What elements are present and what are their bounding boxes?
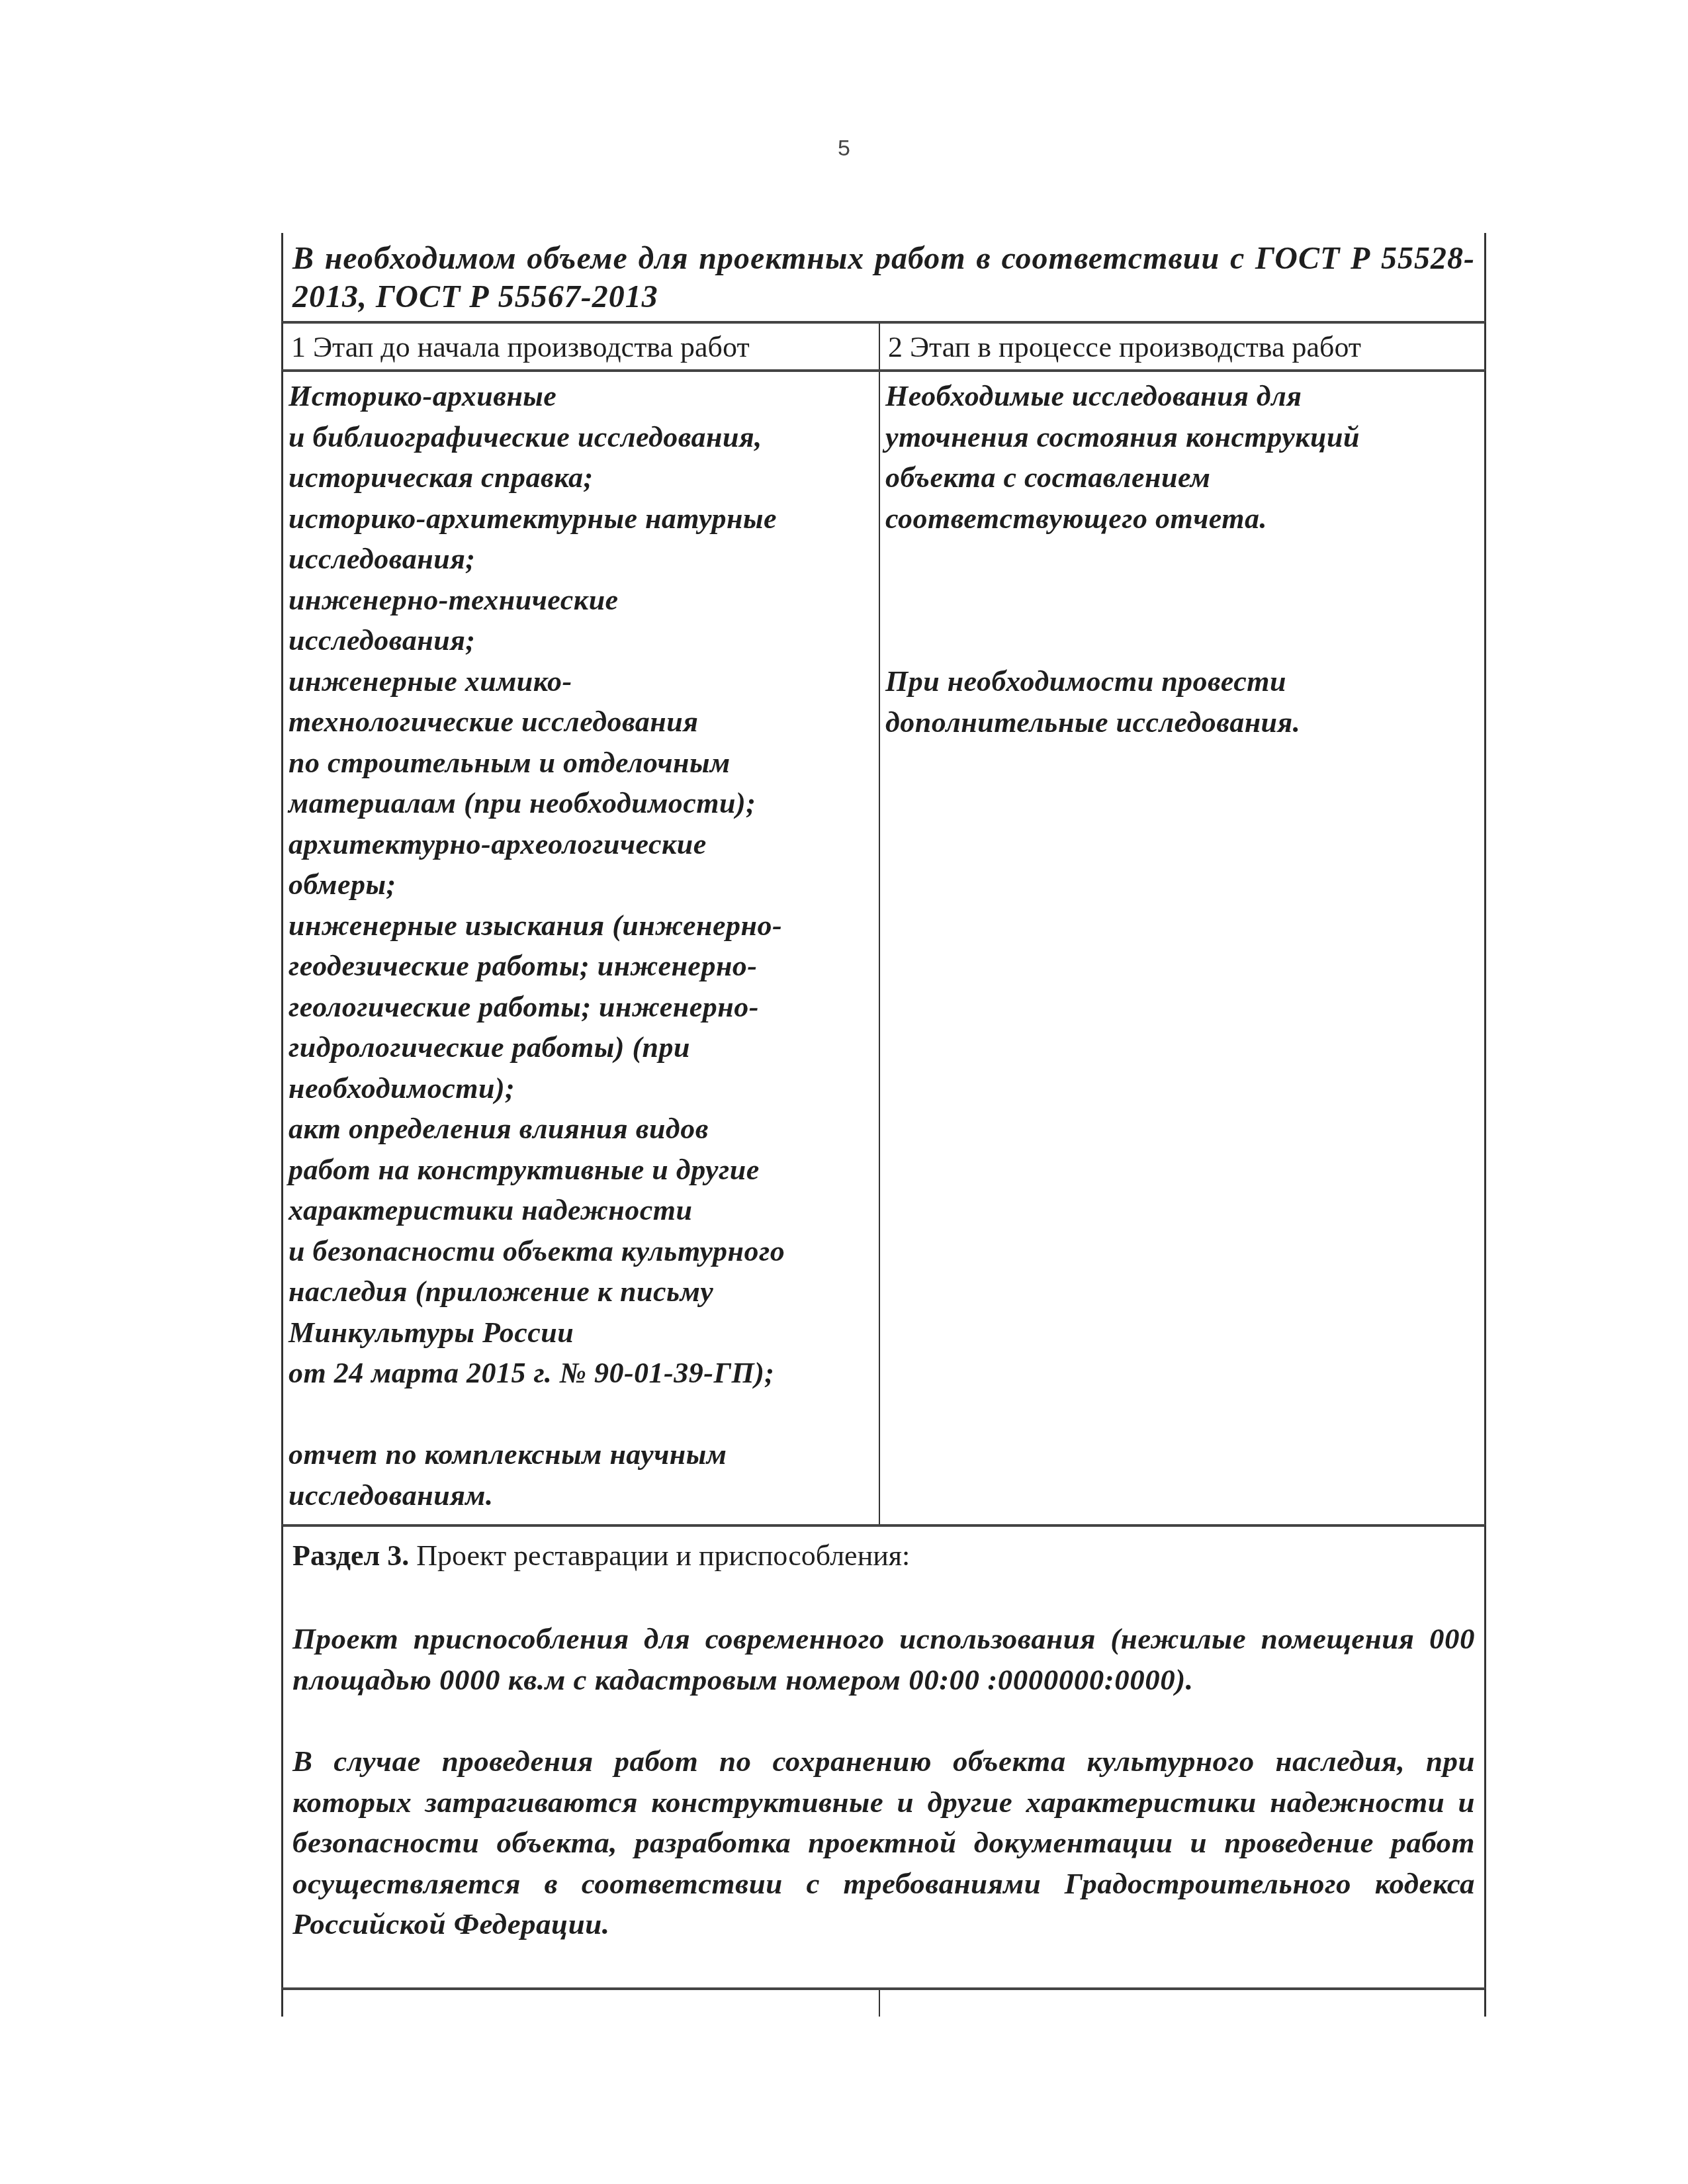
stage-2-required-research: Необходимые исследования дляуточнения со…	[885, 376, 1480, 539]
stage-1-line: Минкультуры России	[289, 1312, 875, 1353]
stage-1-line: работ на конструктивные и другие	[289, 1150, 875, 1191]
page-number: 5	[0, 136, 1688, 161]
stage-2-header: 2 Этап в процессе производства работ	[880, 324, 1484, 369]
adaptation-project-paragraph: Проект приспособления для современного и…	[292, 1619, 1475, 1700]
stage-1-line: от 24 марта 2015 г. № 90-01-39-ГП);	[289, 1353, 875, 1394]
stage-1-line: технологические исследования	[289, 702, 875, 743]
stage-1-line: архитектурно-археологические	[289, 824, 875, 865]
stage-2-line: Необходимые исследования для	[885, 376, 1480, 417]
stage-1-header: 1 Этап до начала производства работ	[283, 324, 880, 369]
table-row-empty	[281, 1987, 1486, 2017]
stage-1-line: исследования;	[289, 539, 875, 580]
table-row-stage-content: Историко-архивныеи библиографические исс…	[281, 369, 1486, 1524]
stage-1-line: наследия (приложение к письму	[289, 1271, 875, 1312]
stage-1-line: инженерные химико-	[289, 661, 875, 702]
requirements-table: В необходимом объеме для проектных работ…	[281, 233, 1486, 2017]
stage-2-line: При необходимости провести	[885, 661, 1480, 702]
stage-2-line: дополнительные исследования.	[885, 702, 1480, 743]
stage-1-line: необходимости);	[289, 1068, 875, 1109]
stage-1-research-list: Историко-архивныеи библиографические исс…	[283, 372, 880, 1524]
stage-2-additional-research: При необходимости провестидополнительные…	[885, 661, 1480, 743]
section-3-label: Раздел 3.	[292, 1539, 409, 1572]
stage-1-line: Историко-архивные	[289, 376, 875, 417]
stage-1-line: обмеры;	[289, 864, 875, 905]
section-3-title: Проект реставрации и приспособления:	[409, 1539, 910, 1572]
scope-statement: В необходимом объеме для проектных работ…	[292, 240, 1475, 316]
stage-1-line: историко-архитектурные натурные	[289, 498, 875, 539]
stage-1-line: и безопасности объекта культурного	[289, 1231, 875, 1272]
empty-cell-right	[880, 1990, 1484, 2017]
spacer	[289, 1394, 875, 1435]
stage-1-line: гидрологические работы) (при	[289, 1027, 875, 1068]
stage-2-line: уточнения состояния конструкций	[885, 417, 1480, 458]
stage-1-line: инженерные изыскания (инженерно-	[289, 905, 875, 946]
stage-1-line: акт определения влияния видов	[289, 1109, 875, 1150]
section-3-heading: Раздел 3. Проект реставрации и приспособ…	[292, 1536, 1475, 1576]
stage-1-line: характеристики надежности	[289, 1190, 875, 1231]
stage-1-line: по строительным и отделочным	[289, 743, 875, 784]
stage-2-line: соответствующего отчета.	[885, 498, 1480, 539]
heritage-works-paragraph: В случае проведения работ по сохранению …	[292, 1741, 1475, 1945]
stage-1-line: исследованиям.	[289, 1475, 875, 1516]
stage-1-line: исследования;	[289, 620, 875, 661]
stage-2-research-list: Необходимые исследования дляуточнения со…	[880, 372, 1484, 1524]
table-row-scope: В необходимом объеме для проектных работ…	[281, 233, 1486, 321]
empty-cell-left	[283, 1990, 880, 2017]
stage-1-line: инженерно-технические	[289, 580, 875, 621]
table-row-stage-headers: 1 Этап до начала производства работ 2 Эт…	[281, 321, 1486, 369]
stage-2-line: объекта с составлением	[885, 457, 1480, 498]
stage-1-line: геологические работы; инженерно-	[289, 987, 875, 1028]
table-row-section-3: Раздел 3. Проект реставрации и приспособ…	[281, 1524, 1486, 1987]
stage-1-line: материалам (при необходимости);	[289, 783, 875, 824]
stage-1-line: и библиографические исследования,	[289, 417, 875, 458]
stage-1-line: историческая справка;	[289, 457, 875, 498]
stage-1-line: геодезические работы; инженерно-	[289, 946, 875, 987]
stage-1-line: отчет по комплексным научным	[289, 1434, 875, 1475]
